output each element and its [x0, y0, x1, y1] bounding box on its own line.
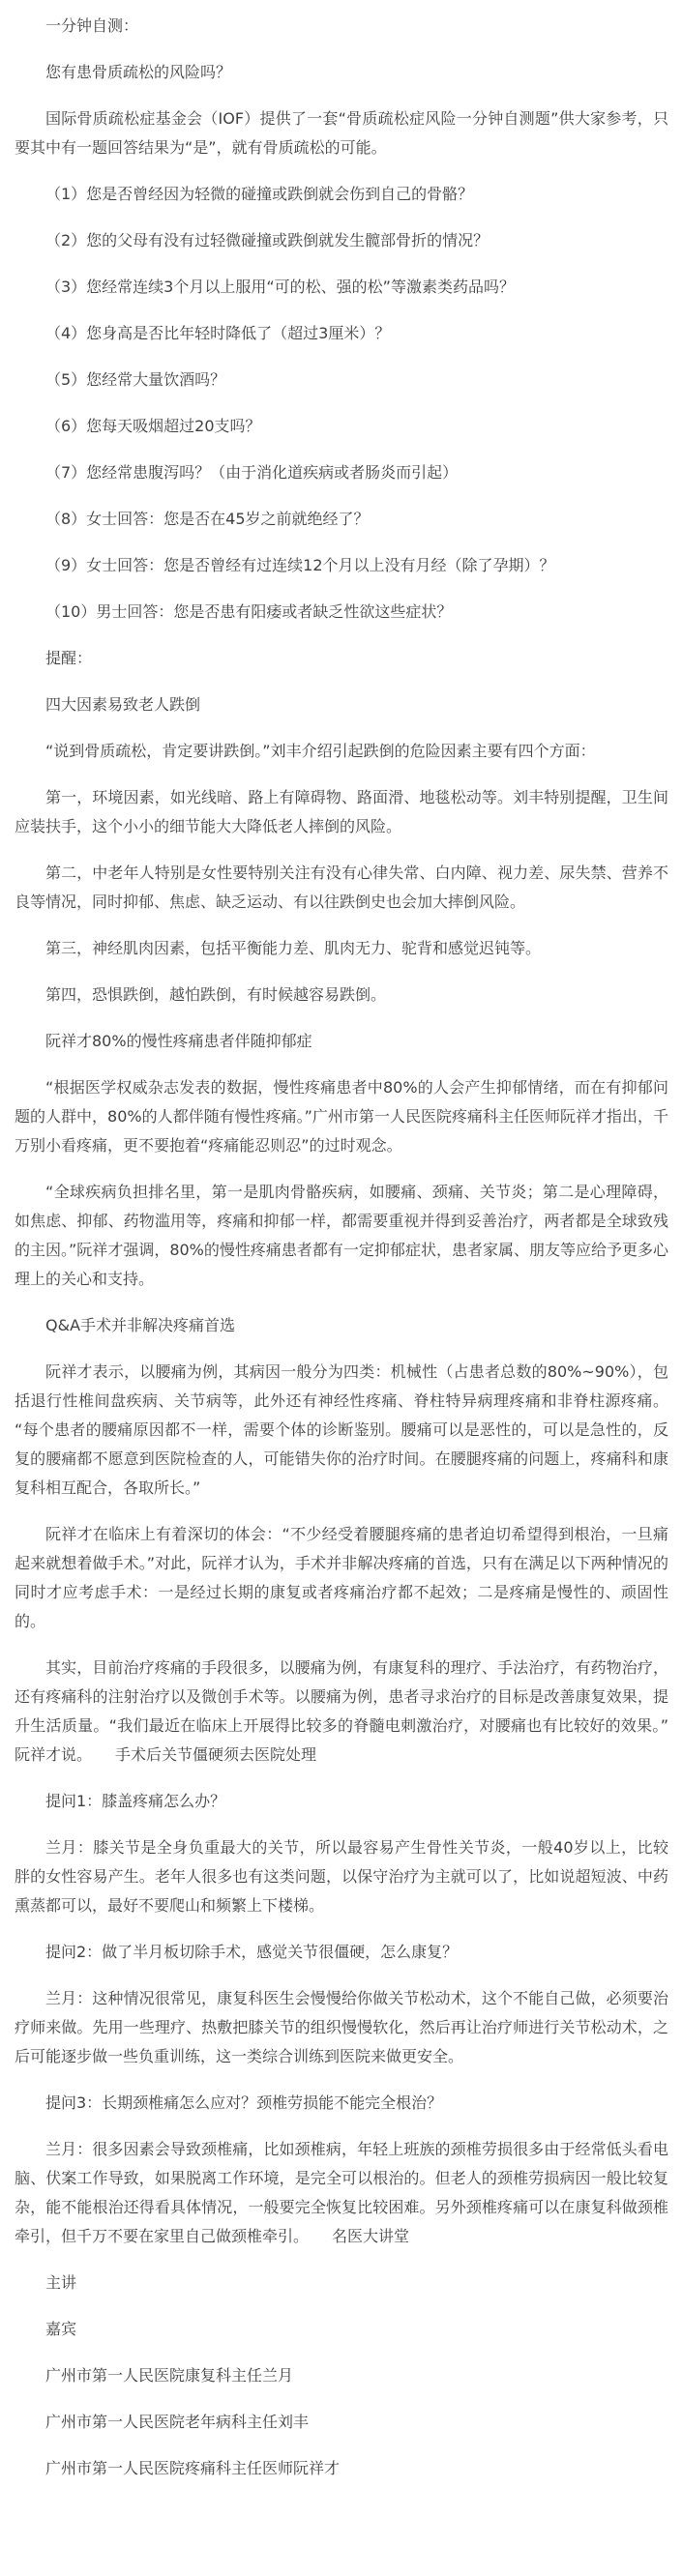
article-paragraph: 嘉宾	[15, 2315, 668, 2344]
article-paragraph: 阮祥才80%的慢性疼痛患者伴随抑郁症	[15, 1027, 668, 1056]
article-paragraph: （3）您经常连续3个月以上服用“可的松、强的松”等激素类药品吗？	[15, 273, 668, 302]
article-paragraph: “根据医学权威杂志发表的数据，慢性疼痛患者中80%的人会产生抑郁情绪，而在有抑郁…	[15, 1073, 668, 1160]
article-paragraph: 第一，环境因素，如光线暗、路上有障碍物、路面滑、地毯松动等。刘丰特别提醒，卫生间…	[15, 783, 668, 841]
article-page: 一分钟自测：您有患骨质疏松的风险吗？国际骨质疏松症基金会（IOF）提供了一套“骨…	[0, 0, 682, 2576]
article-paragraph: 兰月：这种情况很常见，康复科医生会慢慢给你做关节松动术，这个不能自己做，必须要治…	[15, 1984, 668, 2071]
article-paragraph: 阮祥才表示，以腰痛为例，其病因一般分为四类：机械性（占患者总数的80%~90%）…	[15, 1358, 668, 1503]
article-paragraph: 提问3：长期颈椎痛怎么应对？颈椎劳损能不能完全根治？	[15, 2089, 668, 2118]
article-paragraph: 主讲	[15, 2269, 668, 2298]
article-paragraph: 四大因素易致老人跌倒	[15, 690, 668, 719]
article-paragraph: 提问1：膝盖疼痛怎么办？	[15, 1787, 668, 1816]
article-paragraph: 您有患骨质疏松的风险吗？	[15, 58, 668, 87]
article-paragraph: 第二，中老年人特别是女性要特别关注有没有心律失常、白内障、视力差、尿失禁、营养不…	[15, 859, 668, 917]
article-paragraph: （5）您经常大量饮酒吗？	[15, 366, 668, 395]
article-paragraph: （2）您的父母有没有过轻微碰撞或跌倒就发生髋部骨折的情况？	[15, 226, 668, 255]
article-paragraph: Q&A手术并非解决疼痛首选	[15, 1311, 668, 1340]
article-paragraph: 一分钟自测：	[15, 12, 668, 41]
article-paragraph: “说到骨质疏松，肯定要讲跌倒。”刘丰介绍引起跌倒的危险因素主要有四个方面：	[15, 737, 668, 766]
article-paragraph: 第四，恐惧跌倒，越怕跌倒，有时候越容易跌倒。	[15, 981, 668, 1010]
article-paragraph: （4）您身高是否比年轻时降低了（超过3厘米）？	[15, 319, 668, 348]
article-paragraph: 国际骨质疏松症基金会（IOF）提供了一套“骨质疏松症风险一分钟自测题”供大家参考…	[15, 104, 668, 162]
article-paragraph: 阮祥才在临床上有着深切的体会：“不少经受着腰腿疼痛的患者迫切希望得到根治，一旦痛…	[15, 1520, 668, 1636]
article-paragraph: 提醒：	[15, 644, 668, 673]
article-paragraph: （10）男士回答：您是否患有阳痿或者缺乏性欲这些症状？	[15, 598, 668, 627]
article-paragraph: 兰月：很多因素会导致颈椎痛，比如颈椎病，年轻上班族的颈椎劳损很多由于经常低头看电…	[15, 2135, 668, 2251]
article-paragraph: 提问2：做了半月板切除手术，感觉关节很僵硬，怎么康复？	[15, 1938, 668, 1967]
article-paragraph: 广州市第一人民医院老年病科主任刘丰	[15, 2408, 668, 2437]
article-paragraph: 广州市第一人民医院疼痛科主任医师阮祥才	[15, 2454, 668, 2483]
article-paragraph: （6）您每天吸烟超过20支吗？	[15, 412, 668, 441]
article-paragraph: （7）您经常患腹泻吗？（由于消化道疾病或者肠炎而引起）	[15, 458, 668, 487]
article-paragraph: （8）女士回答：您是否在45岁之前就绝经了？	[15, 505, 668, 534]
article-paragraph: 广州市第一人民医院康复科主任兰月	[15, 2361, 668, 2390]
article-paragraph: 第三，神经肌肉因素，包括平衡能力差、肌肉无力、驼背和感觉迟钝等。	[15, 934, 668, 963]
article-paragraph: （9）女士回答：您是否曾经有过连续12个月以上没有月经（除了孕期）？	[15, 551, 668, 580]
article-body: 一分钟自测：您有患骨质疏松的风险吗？国际骨质疏松症基金会（IOF）提供了一套“骨…	[15, 12, 668, 2483]
article-paragraph: “全球疾病负担排名里，第一是肌肉骨骼疾病，如腰痛、颈痛、关节炎；第二是心理障碍，…	[15, 1178, 668, 1294]
article-paragraph: 其实，目前治疗疼痛的手段很多，以腰痛为例，有康复科的理疗、手法治疗，有药物治疗，…	[15, 1654, 668, 1770]
article-paragraph: （1）您是否曾经因为轻微的碰撞或跌倒就会伤到自己的骨骼？	[15, 180, 668, 209]
article-paragraph: 兰月：膝关节是全身负重最大的关节，所以最容易产生骨性关节炎，一般40岁以上，比较…	[15, 1833, 668, 1920]
